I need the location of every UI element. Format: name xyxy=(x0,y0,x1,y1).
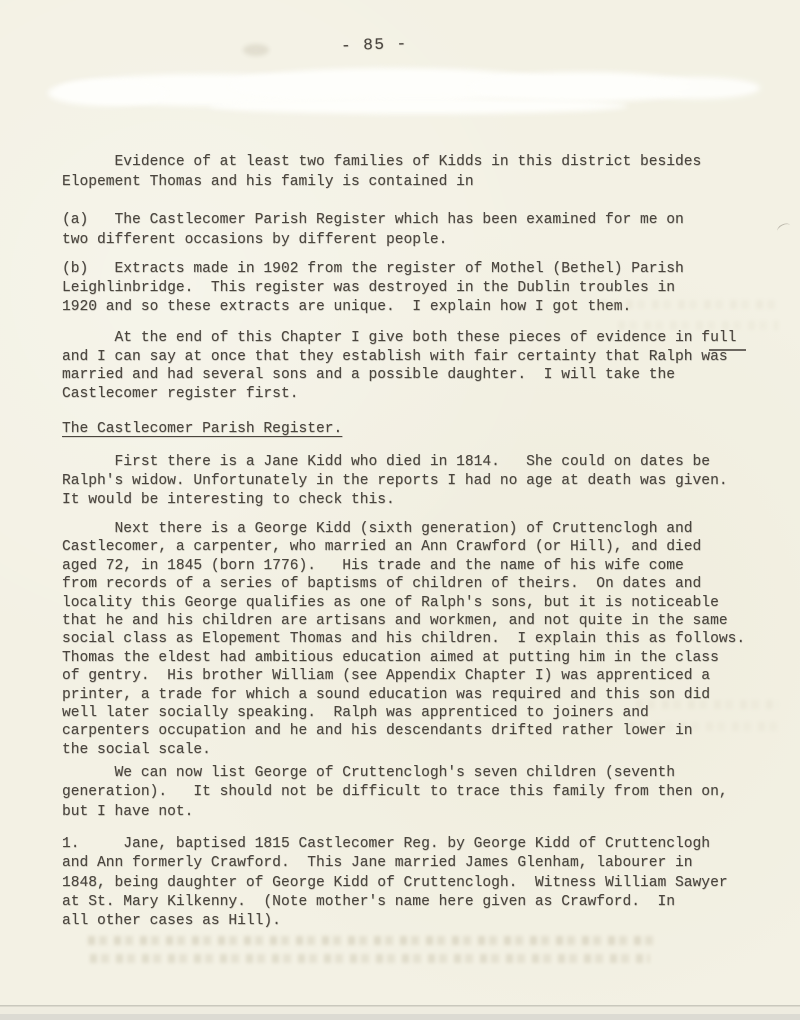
whiteout-blob xyxy=(208,98,628,114)
bleed-through-ghost-line xyxy=(88,936,653,945)
scanned-document-page: - 85 - Evidence of at least two families… xyxy=(0,0,800,1020)
page-number: - 85 - xyxy=(341,35,408,55)
whiteout-blob xyxy=(636,77,760,99)
evidence-item-a: (a) The Castlecomer Parish Register whic… xyxy=(62,211,774,250)
bleed-through-ghost-line xyxy=(90,954,650,963)
intro-paragraph: Evidence of at least two families of Kid… xyxy=(62,153,774,192)
whiteout-blob xyxy=(48,80,168,106)
child-entry-1: 1. Jane, baptised 1815 Castlecomer Reg. … xyxy=(62,835,774,931)
whiteout-redaction xyxy=(48,62,772,126)
seven-children-paragraph: We can now list George of Cruttenclogh's… xyxy=(62,764,774,822)
bleed-through-ghost-line xyxy=(600,300,780,309)
section-heading: The Castlecomer Parish Register. xyxy=(62,420,774,440)
jane-kidd-paragraph: First there is a Jane Kidd who died in 1… xyxy=(62,453,774,511)
evidence-summary-paragraph: At the end of this Chapter I give both t… xyxy=(62,329,774,403)
emphasis-underline xyxy=(709,349,746,351)
bleed-through-ghost-line xyxy=(628,722,778,731)
bleed-through-ghost-line xyxy=(636,700,778,709)
bleed-through-ghost-line xyxy=(618,321,778,330)
pencil-mark xyxy=(776,221,792,235)
smudge-mark xyxy=(243,44,269,56)
page-bottom-scan-edge xyxy=(0,1005,800,1020)
